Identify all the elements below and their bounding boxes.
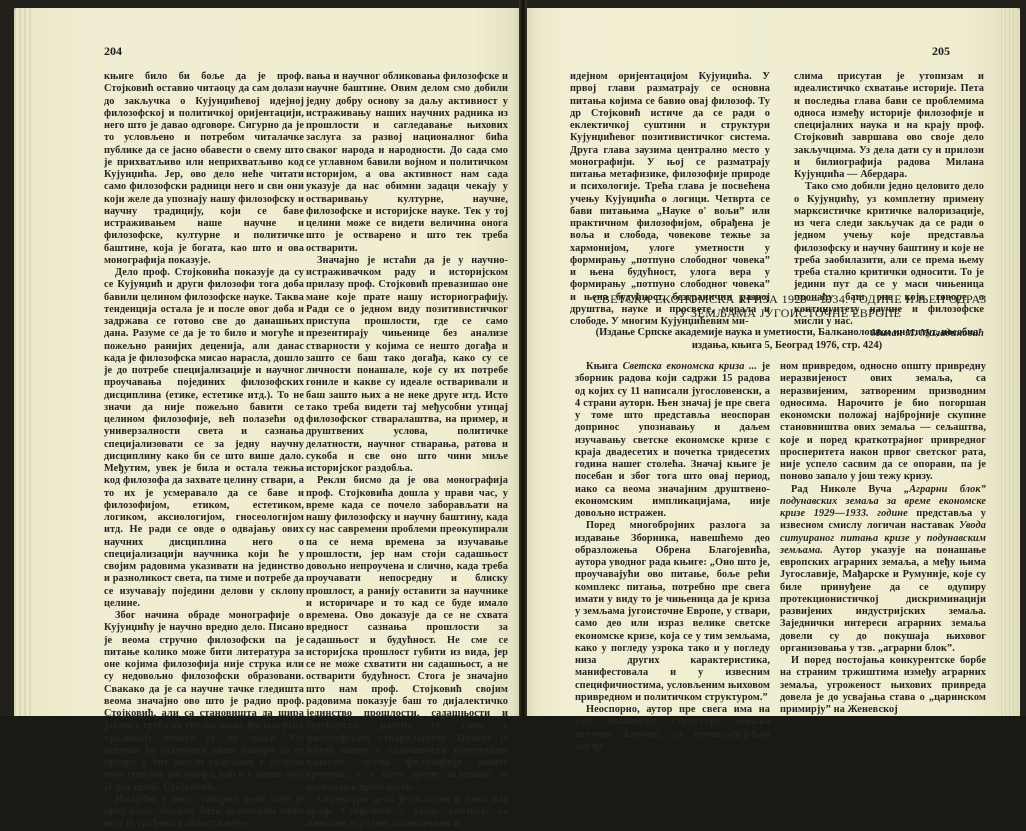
- paragraph: Књига Светска економска криза ... је збо…: [575, 361, 770, 520]
- left-page-edges: [14, 8, 32, 716]
- left-page-column-2: вања и научног обликовања филозофске и н…: [306, 71, 508, 716]
- paragraph: Рекли бисмо да је ова монографија проф. …: [306, 475, 508, 716]
- right-page-column-1: идејном оријентацијом Кујунџића. У првој…: [570, 71, 770, 328]
- review-title: СВЕТСКА ЕКОНОМСКА КРИЗА 1929—1934. ГОДИН…: [560, 292, 1020, 320]
- paragraph: Дело проф. Стојковића показује да су се …: [104, 267, 304, 610]
- review-title-line-1: СВЕТСКА ЕКОНОМСКА КРИЗА 1929—1934. ГОДИН…: [560, 292, 1020, 306]
- left-page-column-1: књиге било би боље да је проф. Стојковић…: [104, 71, 304, 716]
- paragraph: идејном оријентацијом Кујунџића. У првој…: [570, 71, 770, 328]
- book-spine: [519, 0, 527, 716]
- review-column-2: ном привредом, односно општу привредну н…: [780, 361, 986, 716]
- publication-line-1: (Издање Српске академије наука и уметнос…: [556, 326, 1018, 339]
- paragraph: вања и научног обликовања филозофске и н…: [306, 71, 508, 255]
- publication-line-2: издања, књига 5, Београд 1976, стр. 424): [556, 339, 1018, 352]
- paragraph: И поред постојања конкурентске борбе на …: [780, 655, 986, 716]
- review-title-line-2: У ЗЕМЉАМА ЈУГОИСТОЧНЕ ЕВРОПЕ: [560, 306, 1020, 320]
- review-publication-info: (Издање Српске академије наука и уметнос…: [556, 326, 1018, 352]
- paragraph: слима присутан је утопизам и идеалистичк…: [794, 71, 984, 181]
- paragraph: Значајно је истаћи да је у научно-истраж…: [306, 255, 508, 476]
- paragraph: Поред многобројних разлога за издавање З…: [575, 520, 770, 704]
- right-page-edges: [998, 8, 1020, 716]
- page-number-left: 204: [104, 44, 122, 59]
- paragraph: Неоспорно, аутор пре свега има на уму ек…: [575, 704, 770, 716]
- paragraph: ном привредом, односно општу привредну н…: [780, 361, 986, 484]
- review-column-1: Књига Светска економска криза ... је збо…: [575, 361, 770, 716]
- open-book-spread: 204 књиге било би боље да је проф. Стојк…: [0, 0, 1026, 716]
- paragraph: Због начина обраде монографије о Кујунџи…: [104, 610, 304, 716]
- paragraph: Рад Николе Вуча „Аграрни блок” подунавск…: [780, 484, 986, 656]
- paragraph: књиге било би боље да је проф. Стојковић…: [104, 71, 304, 267]
- book-title-italic: Светска економска криза ...: [623, 361, 758, 372]
- page-number-right: 205: [932, 44, 950, 59]
